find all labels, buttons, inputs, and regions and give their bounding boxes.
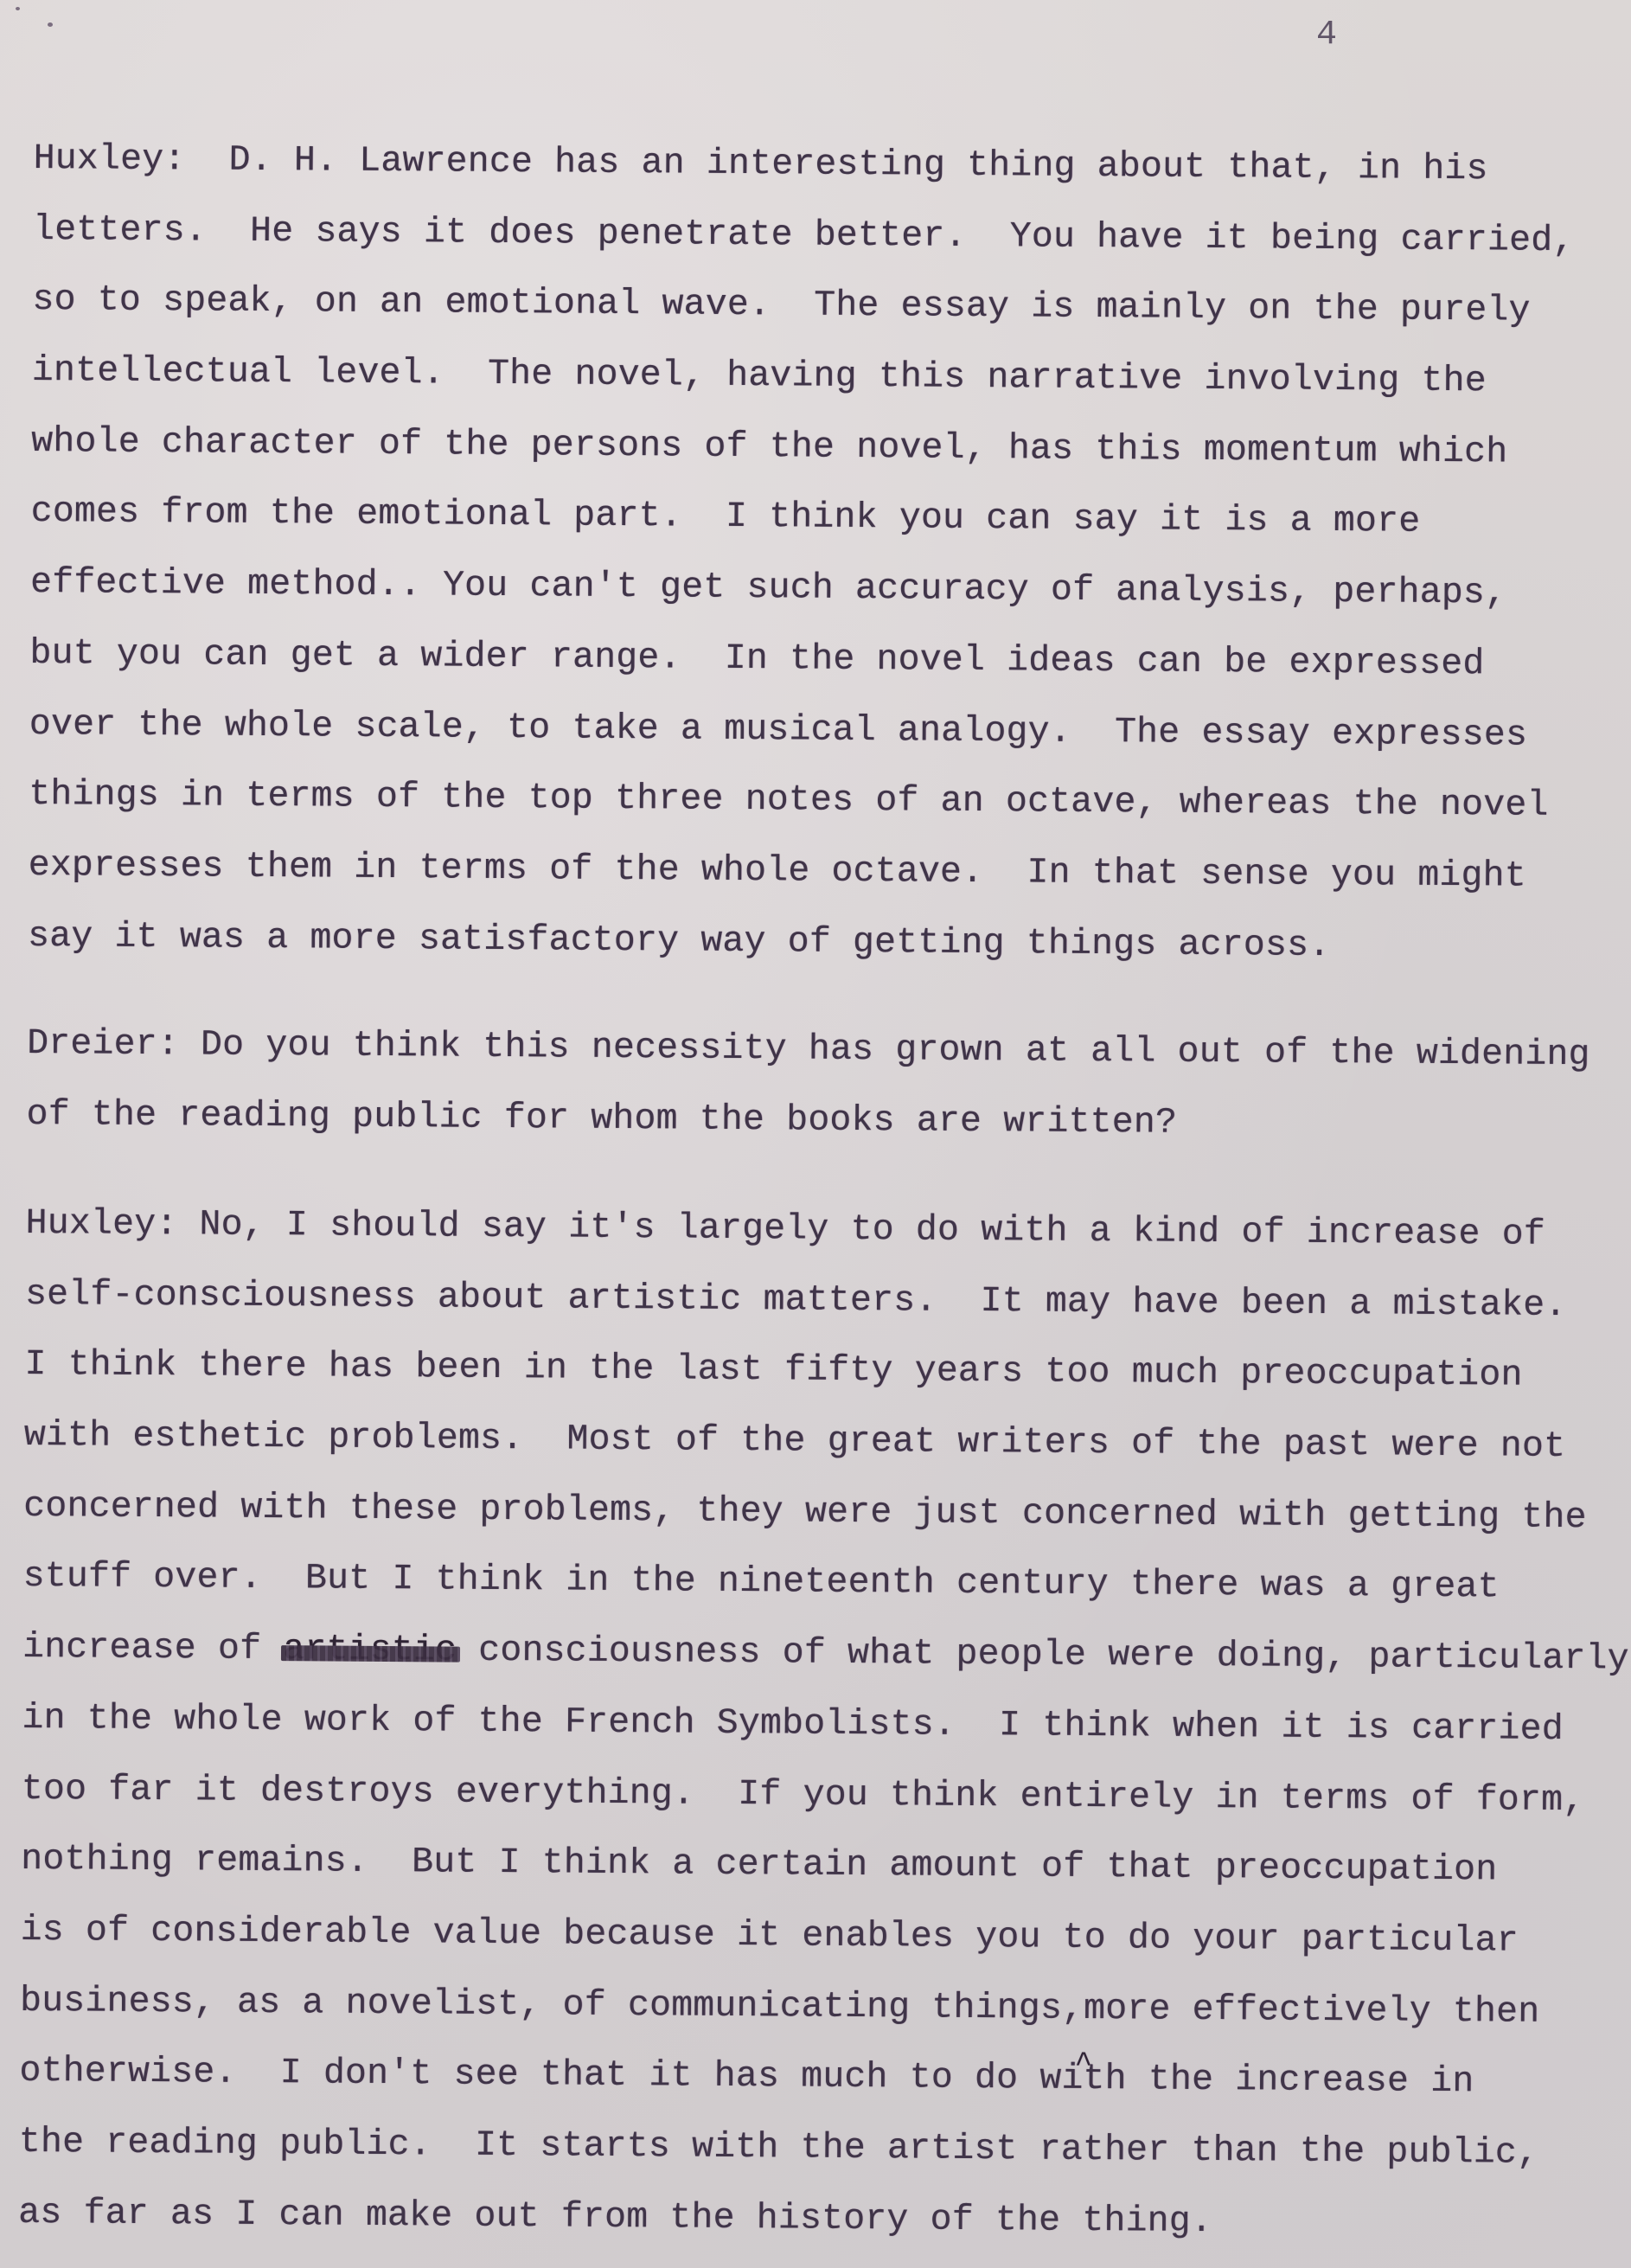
text-line: the reading public. It starts with the a… [19, 2107, 1626, 2189]
text-line: but you can get a wider range. In the no… [29, 618, 1571, 701]
ink-speck [16, 7, 20, 10]
paragraph-huxley-1: Huxley: D. H. Lawrence has an interestin… [28, 124, 1576, 983]
text-line: with esthetic problems. Most of the grea… [24, 1400, 1631, 1483]
text-line: Dreier: Do you think this necessity has … [27, 1009, 1590, 1091]
text-line: stuff over. But I think in the nineteent… [22, 1541, 1629, 1624]
text-line-with-strikeout: increase of artistic consciousness of wh… [22, 1612, 1629, 1695]
text-line: Huxley: D. H. Lawrence has an interestin… [33, 124, 1575, 206]
text-line: comes from the emotional part. I think y… [30, 477, 1572, 559]
text-line: concerned with these problems, they were… [23, 1471, 1630, 1554]
page-number: 4 [1316, 16, 1337, 54]
text-line: intellectual level. The novel, having th… [32, 336, 1574, 418]
text-segment-comma: , [1062, 1988, 1084, 2028]
text-line: Huxley: No, I should say it's largely to… [25, 1188, 1631, 1271]
struck-out-word: artistic [283, 1614, 457, 1686]
text-line: too far it destroys everything. If you t… [22, 1753, 1628, 1836]
text-segment: increase of [22, 1627, 284, 1669]
text-line: letters. He says it does penetrate bette… [33, 195, 1575, 277]
text-line: expresses them in terms of the whole oct… [28, 830, 1570, 913]
paragraph-dreier: Dreier: Do you think this necessity has … [26, 1009, 1590, 1162]
text-line: of the reading public for whom the books… [26, 1080, 1589, 1162]
text-line: in the whole work of the French Symbolis… [22, 1683, 1628, 1765]
text-line: so to speak, on an emotional wave. The e… [32, 265, 1574, 347]
text-line: over the whole scale, to take a musical … [29, 689, 1571, 771]
typewritten-page: 4 Huxley: D. H. Lawrence has an interest… [0, 0, 1631, 2268]
text-line: nothing remains. But I think a certain a… [21, 1824, 1628, 1906]
text-line: whole character of the persons of the no… [31, 407, 1573, 489]
text-line: say it was a more satisfactory way of ge… [28, 901, 1570, 983]
transcript-body: Huxley: D. H. Lawrence has an interestin… [35, 0, 1631, 12]
text-line: is of considerable value because it enab… [20, 1895, 1627, 1977]
ink-speck [48, 22, 53, 27]
text-line: otherwise. I don't see that it has much … [19, 2036, 1626, 2118]
text-segment: business, as a novelist, of communicatin… [20, 1981, 1062, 2029]
paragraph-huxley-2: Huxley: No, I should say it's largely to… [18, 1188, 1631, 2260]
text-line-with-insertion-mark: business, as a novelist, of communicatin… [20, 1966, 1627, 2048]
text-line: things in terms of the top three notes o… [29, 759, 1570, 842]
text-line: self-consciousness about artistic matter… [25, 1259, 1631, 1342]
text-line: I think there has been in the last fifty… [24, 1329, 1631, 1412]
text-segment: consciousness of what people were doing,… [457, 1631, 1629, 1680]
text-line: as far as I can make out from the histor… [18, 2178, 1625, 2260]
text-segment: more effectively then [1084, 1989, 1540, 2033]
text-line: effective method.. You can't get such ac… [30, 548, 1572, 630]
